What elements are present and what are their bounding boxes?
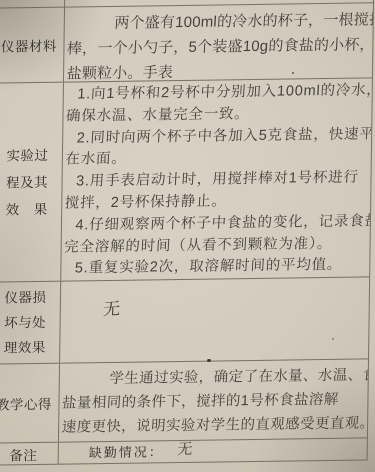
content-cell: 两个盛有100ml的冷水的杯子，一根搅拌 棒，一个小勺子，5个装盛10g的食盐的… bbox=[64, 3, 373, 81]
content-cell: 1.向1号杯和2号杯中分别加入100ml的冷水， 确保水温、水量完全一致。 2.… bbox=[61, 78, 372, 280]
table-row-remarks: 备注 缺勤情况： 无 bbox=[0, 438, 367, 465]
handwriting-line: 速度更快，说明实验对学生的直观感受更直观。 bbox=[61, 411, 368, 439]
row-label: 坏与处 bbox=[4, 310, 46, 336]
record-table: 仪器材料 两个盛有100ml的冷水的杯子，一根搅拌 棒，一个小勺子，5个装盛10… bbox=[0, 0, 374, 466]
label-cell: 实验过 程及其 效 果 bbox=[0, 83, 64, 282]
table-row-insights: 教学心得 学生通过实验，确定了在水量、水温、食 盐量相同的条件下，搅拌的1号杯食… bbox=[0, 359, 368, 443]
row-label: 备注 bbox=[9, 444, 37, 464]
handwriting-none-mark: 无 bbox=[103, 294, 126, 320]
row-label: 效 果 bbox=[6, 195, 48, 223]
row-label: 仪器损 bbox=[4, 285, 46, 311]
label-cell-stub bbox=[0, 0, 65, 8]
handwriting-none-mark: 无 bbox=[177, 440, 194, 460]
row-label: 理效果 bbox=[4, 335, 46, 361]
paper-background: 仪器材料 两个盛有100ml的冷水的杯子，一根搅拌 棒，一个小勺子，5个装盛10… bbox=[0, 0, 375, 472]
table-row-damage: 仪器损 坏与处 理效果 无 bbox=[0, 277, 369, 364]
label-cell: 备注 bbox=[0, 443, 59, 465]
printed-field-label: 缺勤情况： bbox=[89, 442, 164, 463]
handwriting-line: 5.重复实验2次，取溶解时间的平均值。 bbox=[63, 255, 370, 281]
ink-dot bbox=[332, 338, 334, 340]
label-cell: 教学心得 bbox=[0, 364, 60, 443]
content-cell: 学生通过实验，确定了在水量、水温、食 盐量相同的条件下，搅拌的1号杯食盐溶解 速… bbox=[59, 359, 368, 441]
ink-dot bbox=[292, 72, 294, 74]
row-label: 教学心得 bbox=[0, 393, 52, 414]
label-cell: 仪器损 坏与处 理效果 bbox=[0, 282, 61, 364]
ink-dot bbox=[207, 359, 211, 362]
label-cell: 仪器材料 bbox=[0, 8, 65, 83]
row-label: 仪器材料 bbox=[1, 35, 57, 56]
content-cell: 无 bbox=[60, 277, 369, 362]
table-row-procedure: 实验过 程及其 效 果 1.向1号杯和2号杯中分别加入100ml的冷水， 确保水… bbox=[0, 78, 372, 282]
table-row-materials: 仪器材料 两个盛有100ml的冷水的杯子，一根搅拌 棒，一个小勺子，5个装盛10… bbox=[0, 3, 373, 83]
row-label: 实验过 bbox=[6, 141, 48, 169]
row-label: 程及其 bbox=[6, 168, 48, 196]
content-cell: 缺勤情况： 无 bbox=[59, 438, 367, 463]
